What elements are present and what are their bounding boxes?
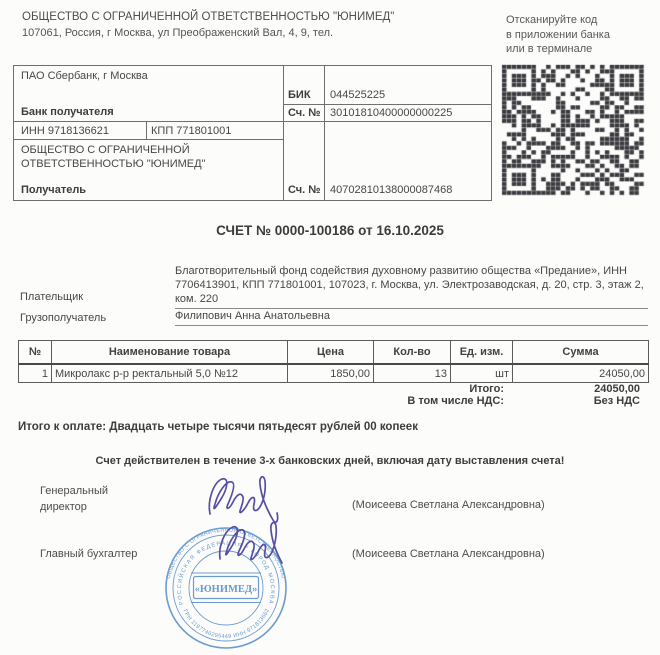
signature-stroke [220,523,282,563]
table-line [14,139,283,140]
bik-value: 044525225 [330,89,385,101]
item-quantity: 13 [374,364,451,383]
vat-value: Без НДС [505,395,640,407]
seller-address: 107061, Россия, г Москва, ул Преображенс… [22,27,333,39]
col-price: Цена [288,341,374,365]
consignee-value: Филипович Анна Анатольевна [175,310,648,326]
item-unit: шт [451,364,513,383]
table-line [283,66,284,200]
kpp-value: КПП 771801001 [151,125,231,137]
accountant-name: (Моисеева Светлана Александровна) [352,548,545,560]
col-quantity: Кол-во [374,341,451,365]
consignee-label: Грузополучатель [20,312,106,324]
qr-instruction: Отсканируйте код в приложении банка или … [506,13,656,57]
payer-value: Благотворительный фонд содействия духовн… [175,264,648,309]
items-header-row: № Наименование товара Цена Кол-во Ед. из… [19,341,649,365]
item-price: 1850,00 [288,364,374,383]
payer-label: Плательщик [20,291,83,303]
item-sum: 24050,00 [513,364,649,383]
accountant-signature [212,517,312,571]
table-line [146,121,147,139]
invoice-title: СЧЕТ № 0000-100186 от 16.10.2025 [0,223,660,238]
bank-requisites-table: ПАО Сбербанк, г Москва Банк получателя Б… [13,65,492,201]
stamp-center-text: «ЮНИМЕД» [195,584,258,595]
vat-label: В том числе НДС: [280,395,504,407]
total-label: Итого: [300,383,504,395]
director-label: Генеральный директор [40,484,126,515]
corr-account-label: Сч. № [288,107,321,119]
signature-stroke [209,477,277,522]
amount-in-words: Итого к оплате: Двадцать четыре тысячи п… [18,421,418,433]
total-value: 24050,00 [505,383,640,395]
col-sum: Сумма [513,341,649,365]
table-line [14,121,491,122]
item-name: Микролакс р-р ректальный 5,0 №12 [52,364,288,383]
col-number: № [19,341,52,365]
table-line [283,104,491,105]
table-line [324,66,325,200]
inn-value: ИНН 9718136621 [21,125,109,137]
qr-code [500,63,646,197]
bank-label: Банк получателя [21,106,114,118]
account-label: Сч. № [288,184,321,196]
accountant-label: Главный бухгалтер [40,548,137,560]
account-value: 40702810138000087468 [330,184,452,196]
bik-label: БИК [288,89,311,101]
col-name: Наименование товара [52,341,288,365]
items-table: № Наименование товара Цена Кол-во Ед. из… [18,340,649,383]
invoice-document: ОБЩЕСТВО С ОГРАНИЧЕННОЙ ОТВЕТСТВЕННОСТЬЮ… [0,0,660,655]
item-number: 1 [19,364,52,383]
validity-note: Счет действителен в течение 3-х банковск… [0,455,660,467]
payee-name: ОБЩЕСТВО С ОГРАНИЧЕННОЙ ОТВЕТСТВЕННОСТЬЮ… [21,143,271,171]
col-unit: Ед. изм. [451,341,513,365]
payee-label: Получатель [21,184,86,196]
seller-name: ОБЩЕСТВО С ОГРАНИЧЕННОЙ ОТВЕТСТВЕННОСТЬЮ… [22,11,394,23]
director-name: (Моисеева Светлана Александровна) [352,499,545,511]
table-row: 1 Микролакс р-р ректальный 5,0 №12 1850,… [19,364,649,383]
bank-name: ПАО Сбербанк, г Москва [21,70,148,82]
corr-account-value: 30101810400000000225 [330,107,452,119]
